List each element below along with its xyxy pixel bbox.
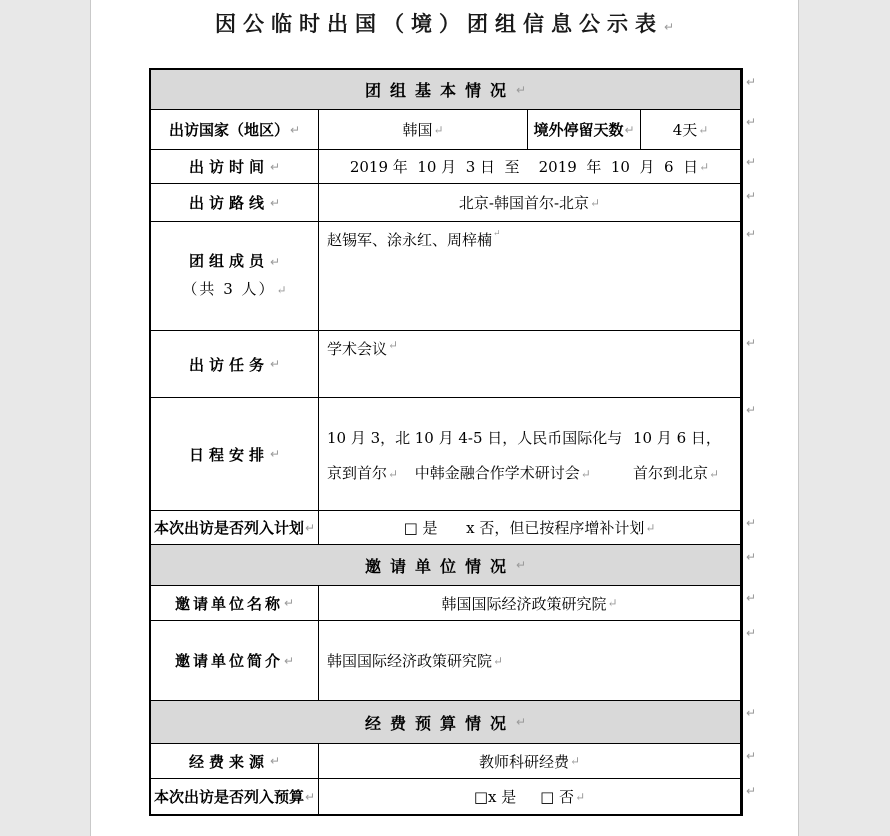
route-value: 北京-韩国首尔-北京: [459, 192, 589, 213]
paragraph-mark-icon: ↵: [388, 338, 398, 352]
in-plan-label-cell: 本次出访是否列入计划↵: [151, 511, 319, 544]
schedule-line: 10 月 3，北京到首尔↵: [327, 421, 415, 492]
paragraph-mark-icon: ↵: [270, 196, 280, 210]
row-task: 出访任务↵ 学术会议↵ ↵: [151, 331, 741, 398]
inviter-intro-label-cell: 邀请单位简介↵: [151, 621, 319, 700]
paragraph-mark-icon: ↵: [388, 467, 398, 481]
info-table: 团组基本情况↵ ↵ 出访国家（地区）↵ 韩国↵ 境外停留天数↵ 4天↵ ↵ 出访…: [149, 68, 743, 816]
row-route: 出访路线↵ 北京-韩国首尔-北京↵ ↵: [151, 184, 741, 222]
row-end-mark-icon: ↵: [746, 749, 756, 763]
paragraph-mark-icon: ↵: [698, 123, 708, 137]
row-inviter-intro: 邀请单位简介↵ 韩国国际经济政策研究院↵ ↵: [151, 621, 741, 701]
row-inviter-name: 邀请单位名称↵ 韩国国际经济政策研究院↵ ↵: [151, 586, 741, 621]
row-end-mark-icon: ↵: [746, 403, 756, 417]
days-label-cell: 境外停留天数↵: [528, 110, 641, 149]
row-end-mark-icon: ↵: [746, 706, 756, 720]
paragraph-mark-icon: ↵: [607, 596, 617, 610]
paragraph-mark-icon: ↵: [270, 447, 280, 461]
in-budget-checkbox-text: □x 是 □ 否: [474, 786, 574, 807]
paragraph-mark-icon: ↵: [270, 754, 280, 768]
page-title: 因公临时出国（境）团组信息公示表: [215, 11, 663, 36]
section-header-budget-label: 经费预算情况: [365, 711, 515, 734]
row-end-mark-icon: ↵: [746, 784, 756, 798]
paragraph-mark-icon: ↵: [305, 790, 315, 804]
schedule-line3: 10 月 6 日，首尔到北京: [633, 429, 721, 482]
section-header-inviter-label: 邀请单位情况: [365, 554, 515, 577]
paragraph-mark-icon: ↵: [290, 123, 300, 137]
members-value-cell: 赵锡军、涂永红、周梓楠↵: [319, 222, 741, 330]
time-label-cell: 出访时间↵: [151, 150, 319, 183]
days-value: 4天: [673, 119, 698, 140]
paragraph-mark-icon: ↵: [305, 521, 315, 535]
in-budget-value-cell: □x 是 □ 否↵: [319, 779, 741, 814]
route-label-cell: 出访路线↵: [151, 184, 319, 221]
time-value-cell: 2019 年 10 月 3 日 至 2019 年 10 月 6 日↵: [319, 150, 741, 183]
inviter-name-label-cell: 邀请单位名称↵: [151, 586, 319, 620]
country-label: 出访国家（地区）: [169, 119, 289, 140]
row-end-mark-icon: ↵: [746, 227, 756, 241]
members-label-cell: 团组成员↵ （共 3 人）↵: [151, 222, 319, 330]
paragraph-mark-icon: ↵: [284, 596, 294, 610]
paragraph-mark-icon: ↵: [270, 357, 280, 371]
paragraph-mark-icon: ↵: [433, 123, 443, 137]
inviter-name-label: 邀请单位名称: [175, 593, 283, 614]
section-header-budget-cell: 经费预算情况↵: [151, 701, 741, 743]
schedule-label: 日程安排: [189, 444, 269, 465]
inviter-intro-value: 韩国国际经济政策研究院: [327, 650, 492, 671]
section-header-group: 团组基本情况↵ ↵: [151, 70, 741, 110]
route-value-cell: 北京-韩国首尔-北京↵: [319, 184, 741, 221]
paragraph-mark-icon: ↵: [664, 20, 674, 34]
row-schedule: 日程安排↵ 10 月 3，北京到首尔↵ 10 月 4-5 日，人民币国际化与中韩…: [151, 398, 741, 511]
days-label: 境外停留天数: [533, 119, 623, 140]
paragraph-mark-icon: ↵: [575, 790, 585, 804]
row-end-mark-icon: ↵: [746, 155, 756, 169]
task-label: 出访任务: [189, 354, 269, 375]
paragraph-mark-icon: ↵: [590, 196, 600, 210]
paragraph-mark-icon: ↵: [709, 467, 719, 481]
time-value: 2019 年 10 月 3 日 至 2019 年 10 月 6 日: [350, 156, 698, 177]
document-page: 因公临时出国（境）团组信息公示表↵ 团组基本情况↵ ↵ 出访国家（地区）↵ 韩国…: [90, 0, 799, 836]
paragraph-mark-icon: ↵: [581, 467, 591, 481]
in-plan-value-cell: □ 是 x 否，但已按程序增补计划↵: [319, 511, 741, 544]
paragraph-mark-icon: ↵: [493, 654, 503, 668]
paragraph-mark-icon: ↵: [516, 715, 526, 729]
fund-source-label: 经费来源: [189, 751, 269, 772]
members-value: 赵锡军、涂永红、周梓楠: [327, 229, 492, 250]
paragraph-mark-icon: ↵: [699, 160, 709, 174]
section-header-group-label: 团组基本情况: [365, 78, 515, 101]
schedule-line2: 10 月 4-5 日，人民币国际化与中韩金融合作学术研讨会: [415, 429, 623, 482]
paragraph-mark-icon: ↵: [284, 654, 294, 668]
paragraph-mark-icon: ↵: [570, 754, 580, 768]
paragraph-mark-icon: ↵: [270, 255, 280, 269]
in-budget-label: 本次出访是否列入预算: [154, 786, 304, 807]
section-header-inviter-cell: 邀请单位情况↵: [151, 545, 741, 585]
country-label-cell: 出访国家（地区）↵: [151, 110, 319, 149]
paragraph-mark-icon: ↵: [516, 83, 526, 97]
country-value-cell: 韩国↵: [319, 110, 528, 149]
inviter-intro-value-cell: 韩国国际经济政策研究院↵: [319, 621, 741, 700]
route-label: 出访路线: [189, 192, 269, 213]
time-label: 出访时间: [189, 156, 269, 177]
row-end-mark-icon: ↵: [746, 550, 756, 564]
section-header-group-cell: 团组基本情况↵: [151, 70, 741, 109]
paragraph-mark-icon: ↵: [277, 283, 287, 297]
schedule-line: 10 月 6 日，首尔到北京↵: [633, 421, 732, 492]
row-end-mark-icon: ↵: [746, 516, 756, 530]
paragraph-mark-icon: ↵: [493, 229, 501, 239]
document-title-row: 因公临时出国（境）团组信息公示表↵: [91, 8, 798, 38]
row-end-mark-icon: ↵: [746, 591, 756, 605]
row-members: 团组成员↵ （共 3 人）↵ 赵锡军、涂永红、周梓楠↵ ↵: [151, 222, 741, 331]
section-header-inviter: 邀请单位情况↵ ↵: [151, 545, 741, 586]
in-plan-checkbox-text: □ 是 x 否，但已按程序增补计划: [404, 517, 645, 538]
paragraph-mark-icon: ↵: [624, 123, 634, 137]
in-plan-label: 本次出访是否列入计划: [154, 517, 304, 538]
fund-source-value: 教师科研经费: [479, 751, 569, 772]
row-in-budget: 本次出访是否列入预算↵ □x 是 □ 否↵ ↵: [151, 779, 741, 814]
task-value-cell: 学术会议↵: [319, 331, 741, 397]
task-label-cell: 出访任务↵: [151, 331, 319, 397]
paragraph-mark-icon: ↵: [270, 160, 280, 174]
row-fund-source: 经费来源↵ 教师科研经费↵ ↵: [151, 744, 741, 779]
inviter-intro-label: 邀请单位简介: [175, 650, 283, 671]
inviter-name-value-cell: 韩国国际经济政策研究院↵: [319, 586, 741, 620]
row-country: 出访国家（地区）↵ 韩国↵ 境外停留天数↵ 4天↵ ↵: [151, 110, 741, 150]
row-in-plan: 本次出访是否列入计划↵ □ 是 x 否，但已按程序增补计划↵ ↵: [151, 511, 741, 545]
members-count-label: （共 3 人）: [182, 280, 275, 298]
members-label: 团组成员: [189, 252, 269, 270]
task-value: 学术会议: [327, 338, 387, 359]
in-budget-label-cell: 本次出访是否列入预算↵: [151, 779, 319, 814]
row-end-mark-icon: ↵: [746, 115, 756, 129]
fund-source-label-cell: 经费来源↵: [151, 744, 319, 778]
row-end-mark-icon: ↵: [746, 336, 756, 350]
fund-source-value-cell: 教师科研经费↵: [319, 744, 741, 778]
days-value-cell: 4天↵: [641, 110, 741, 149]
section-header-budget: 经费预算情况↵ ↵: [151, 701, 741, 744]
paragraph-mark-icon: ↵: [645, 521, 655, 535]
inviter-name-value: 韩国国际经济政策研究院: [441, 593, 606, 614]
country-value: 韩国: [402, 119, 432, 140]
paragraph-mark-icon: ↵: [516, 558, 526, 572]
schedule-label-cell: 日程安排↵: [151, 398, 319, 510]
schedule-value-cell: 10 月 3，北京到首尔↵ 10 月 4-5 日，人民币国际化与中韩金融合作学术…: [319, 398, 741, 510]
row-time: 出访时间↵ 2019 年 10 月 3 日 至 2019 年 10 月 6 日↵…: [151, 150, 741, 184]
row-end-mark-icon: ↵: [746, 75, 756, 89]
row-end-mark-icon: ↵: [746, 189, 756, 203]
row-end-mark-icon: ↵: [746, 626, 756, 640]
schedule-line: 10 月 4-5 日，人民币国际化与中韩金融合作学术研讨会↵: [415, 421, 633, 492]
